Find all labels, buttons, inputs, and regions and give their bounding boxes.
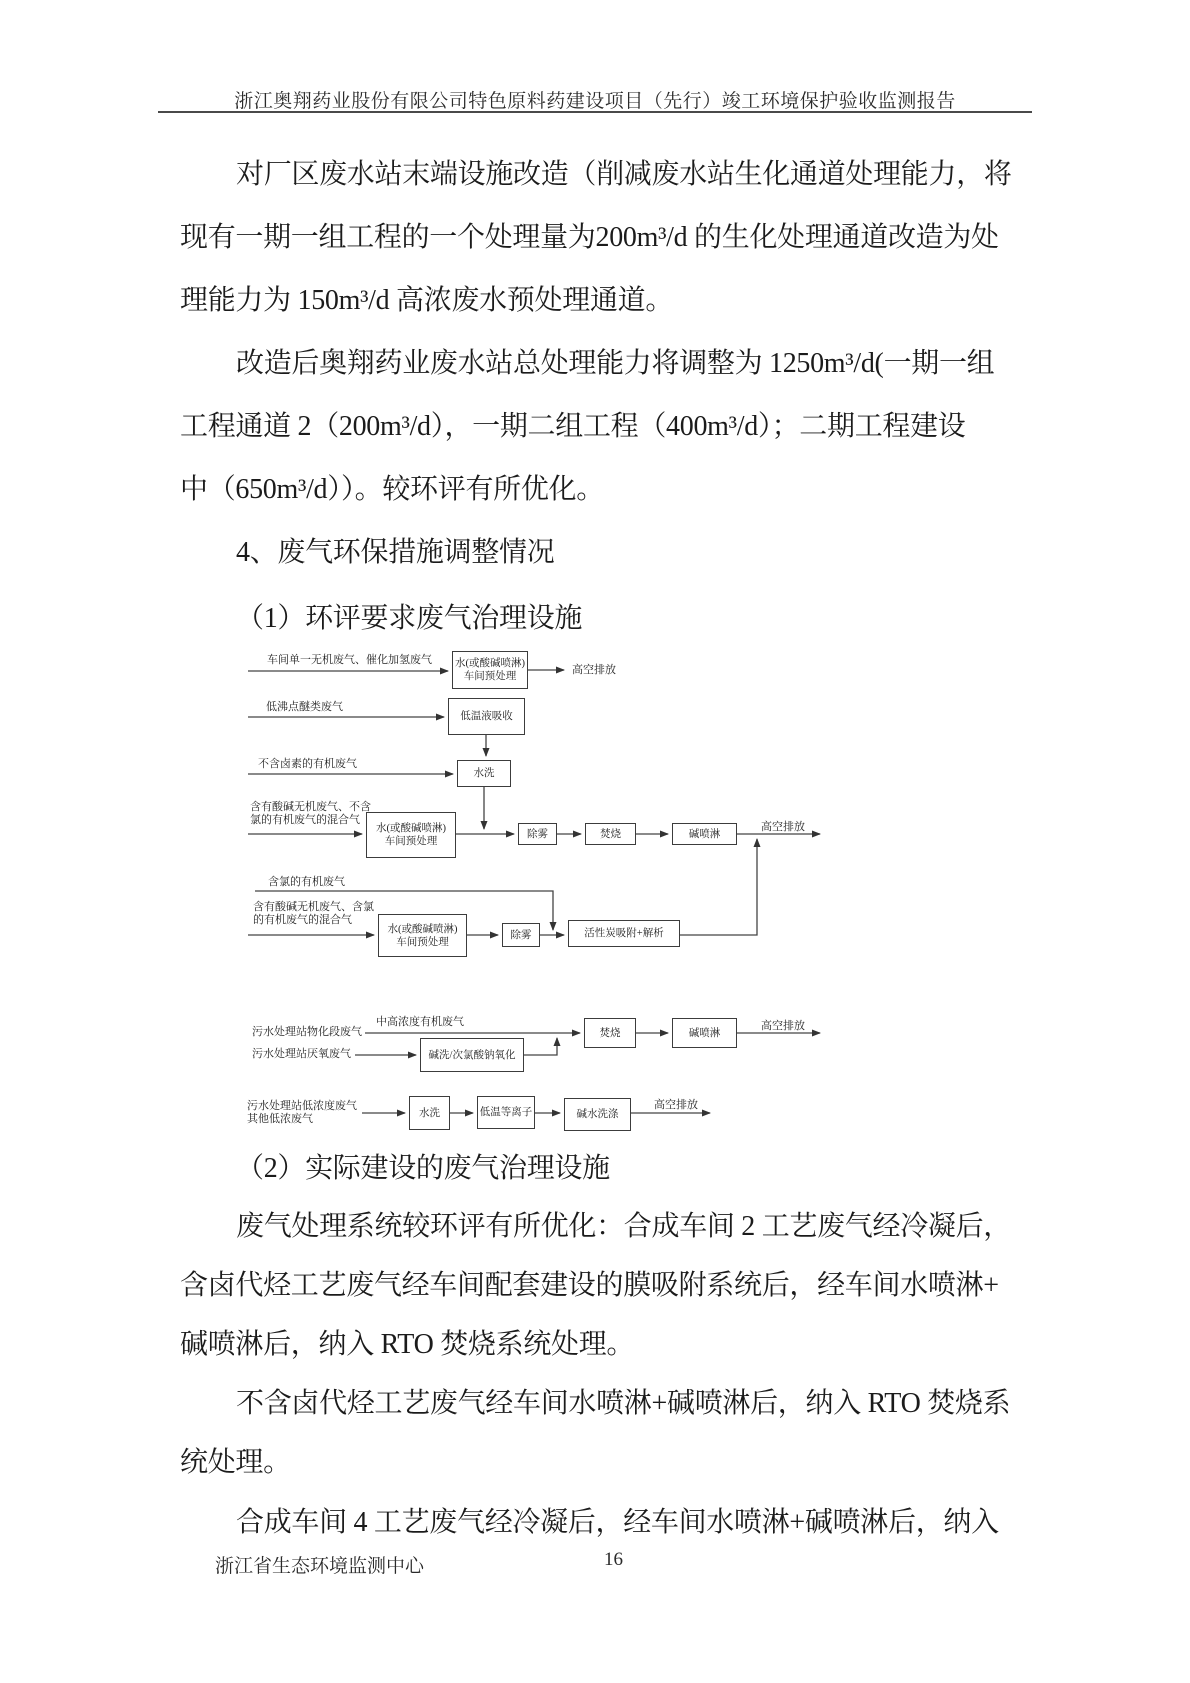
page-header-title: 浙江奥翔药业股份有限公司特色原料药建设项目（先行）竣工环境保护验收监测报告 xyxy=(0,86,1190,113)
paragraph2-line2: 工程通道 2（200m³/d），一期二组工程（400m³/d）；二期工程建设 xyxy=(180,404,1025,444)
paragraph1-line2: 现有一期一组工程的一个处理量为200m³/d 的生化处理通道改造为处 xyxy=(180,215,1025,255)
flow-box-water-wash-1: 水洗 xyxy=(457,760,511,787)
flow-outlet-high-altitude-2: 高空排放 xyxy=(761,818,805,834)
paragraph3-line1: 废气处理系统较环评有所优化：合成车间 2 工艺废气经冷凝后， xyxy=(180,1204,1025,1244)
flow-box-spray-pretreat-1: 水(或酸碱喷淋) 车间预处理 xyxy=(452,651,528,689)
flow-label-sewage-low-conc: 污水处理站低浓度废气 其他低浓废气 xyxy=(247,1100,357,1126)
flow-box-alkali-naclo: 碱洗/次氯酸钠氧化 xyxy=(420,1038,524,1072)
paragraph3-line3: 碱喷淋后，纳入 RTO 焚烧系统处理。 xyxy=(180,1322,1025,1362)
paragraph2-line1: 改造后奥翔药业废水站总处理能力将调整为 1250m³/d(一期一组 xyxy=(180,341,1025,381)
flow-box-alkali-wash: 碱水洗涤 xyxy=(564,1098,631,1131)
flow-label-mix-with-chlorine: 含有酸碱无机废气、含氯 的有机废气的混合气 xyxy=(253,901,374,927)
flow-box-spray-pretreat-3: 水(或酸碱喷淋) 车间预处理 xyxy=(378,914,467,957)
flow-outlet-high-altitude-1: 高空排放 xyxy=(572,661,616,677)
paragraph1-line1: 对厂区废水站末端设施改造（削减废水站生化通道处理能力，将 xyxy=(180,152,1025,192)
flow-box-spray-pretreat-2: 水(或酸碱喷淋) 车间预处理 xyxy=(366,812,456,858)
flow-label-low-boiling-ether: 低沸点醚类废气 xyxy=(266,701,343,714)
flow-label-chlorinated-organic: 含氯的有机废气 xyxy=(268,876,345,889)
paragraph1-line3: 理能力为 150m³/d 高浓废水预处理通道。 xyxy=(180,278,1025,318)
flow-box-demist-1: 除雾 xyxy=(518,823,557,845)
paragraph3-line2: 含卤代烃工艺废气经车间配套建设的膜吸附系统后，经车间水喷淋+ xyxy=(180,1263,1025,1303)
flow-box-plasma: 低温等离子 xyxy=(477,1096,535,1129)
heading-section4: 4、废气环保措施调整情况 xyxy=(180,530,1025,570)
document-page: 浙江奥翔药业股份有限公司特色原料药建设项目（先行）竣工环境保护验收监测报告 对厂… xyxy=(0,0,1190,1683)
footer-org-name: 浙江省生态环境监测中心 xyxy=(215,1551,424,1578)
flow-label-sewage-anaerobic: 污水处理站厌氧废气 xyxy=(252,1048,351,1061)
paragraph2-line3: 中（650m³/d））。较环评有所优化。 xyxy=(180,467,1025,507)
flow-label-workshop-inorganic: 车间单一无机废气、催化加氢废气 xyxy=(267,654,432,667)
flow-label-sewage-physchem: 污水处理站物化段废气 xyxy=(252,1026,362,1039)
flow-box-water-wash-2: 水洗 xyxy=(409,1096,450,1130)
footer-page-number: 16 xyxy=(604,1549,623,1571)
flow-label-mid-high-conc: 中高浓度有机废气 xyxy=(376,1016,464,1029)
flow-box-incinerate-2: 焚烧 xyxy=(584,1018,636,1048)
subheading-2: （2）实际建设的废气治理设施 xyxy=(180,1146,1025,1186)
flow-box-incinerate-1: 焚烧 xyxy=(585,823,636,845)
flow-label-mix-no-chlorine: 含有酸碱无机废气、不含 氯的有机废气的混合气 xyxy=(250,801,371,827)
subheading-1: （1）环评要求废气治理设施 xyxy=(180,596,1025,636)
paragraph5-line1: 合成车间 4 工艺废气经冷凝后，经车间水喷淋+碱喷淋后，纳入 xyxy=(180,1500,1025,1540)
header-rule xyxy=(158,111,1032,113)
flow-outlet-high-altitude-4: 高空排放 xyxy=(654,1096,698,1112)
flow-label-halogen-free-organic: 不含卤素的有机废气 xyxy=(258,758,357,771)
flow-box-alkali-spray-2: 碱喷淋 xyxy=(672,1018,737,1048)
flow-box-carbon-adsorb: 活性炭吸附+解析 xyxy=(568,920,680,947)
flow-outlet-high-altitude-3: 高空排放 xyxy=(761,1017,805,1033)
paragraph4-line1: 不含卤代烃工艺废气经车间水喷淋+碱喷淋后，纳入 RTO 焚烧系 xyxy=(180,1381,1025,1421)
paragraph4-line2: 统处理。 xyxy=(180,1440,1025,1480)
flow-box-demist-2: 除雾 xyxy=(502,923,540,947)
flow-box-low-temp-absorb: 低温液吸收 xyxy=(448,698,525,735)
flow-box-alkali-spray-1: 碱喷淋 xyxy=(672,823,737,845)
